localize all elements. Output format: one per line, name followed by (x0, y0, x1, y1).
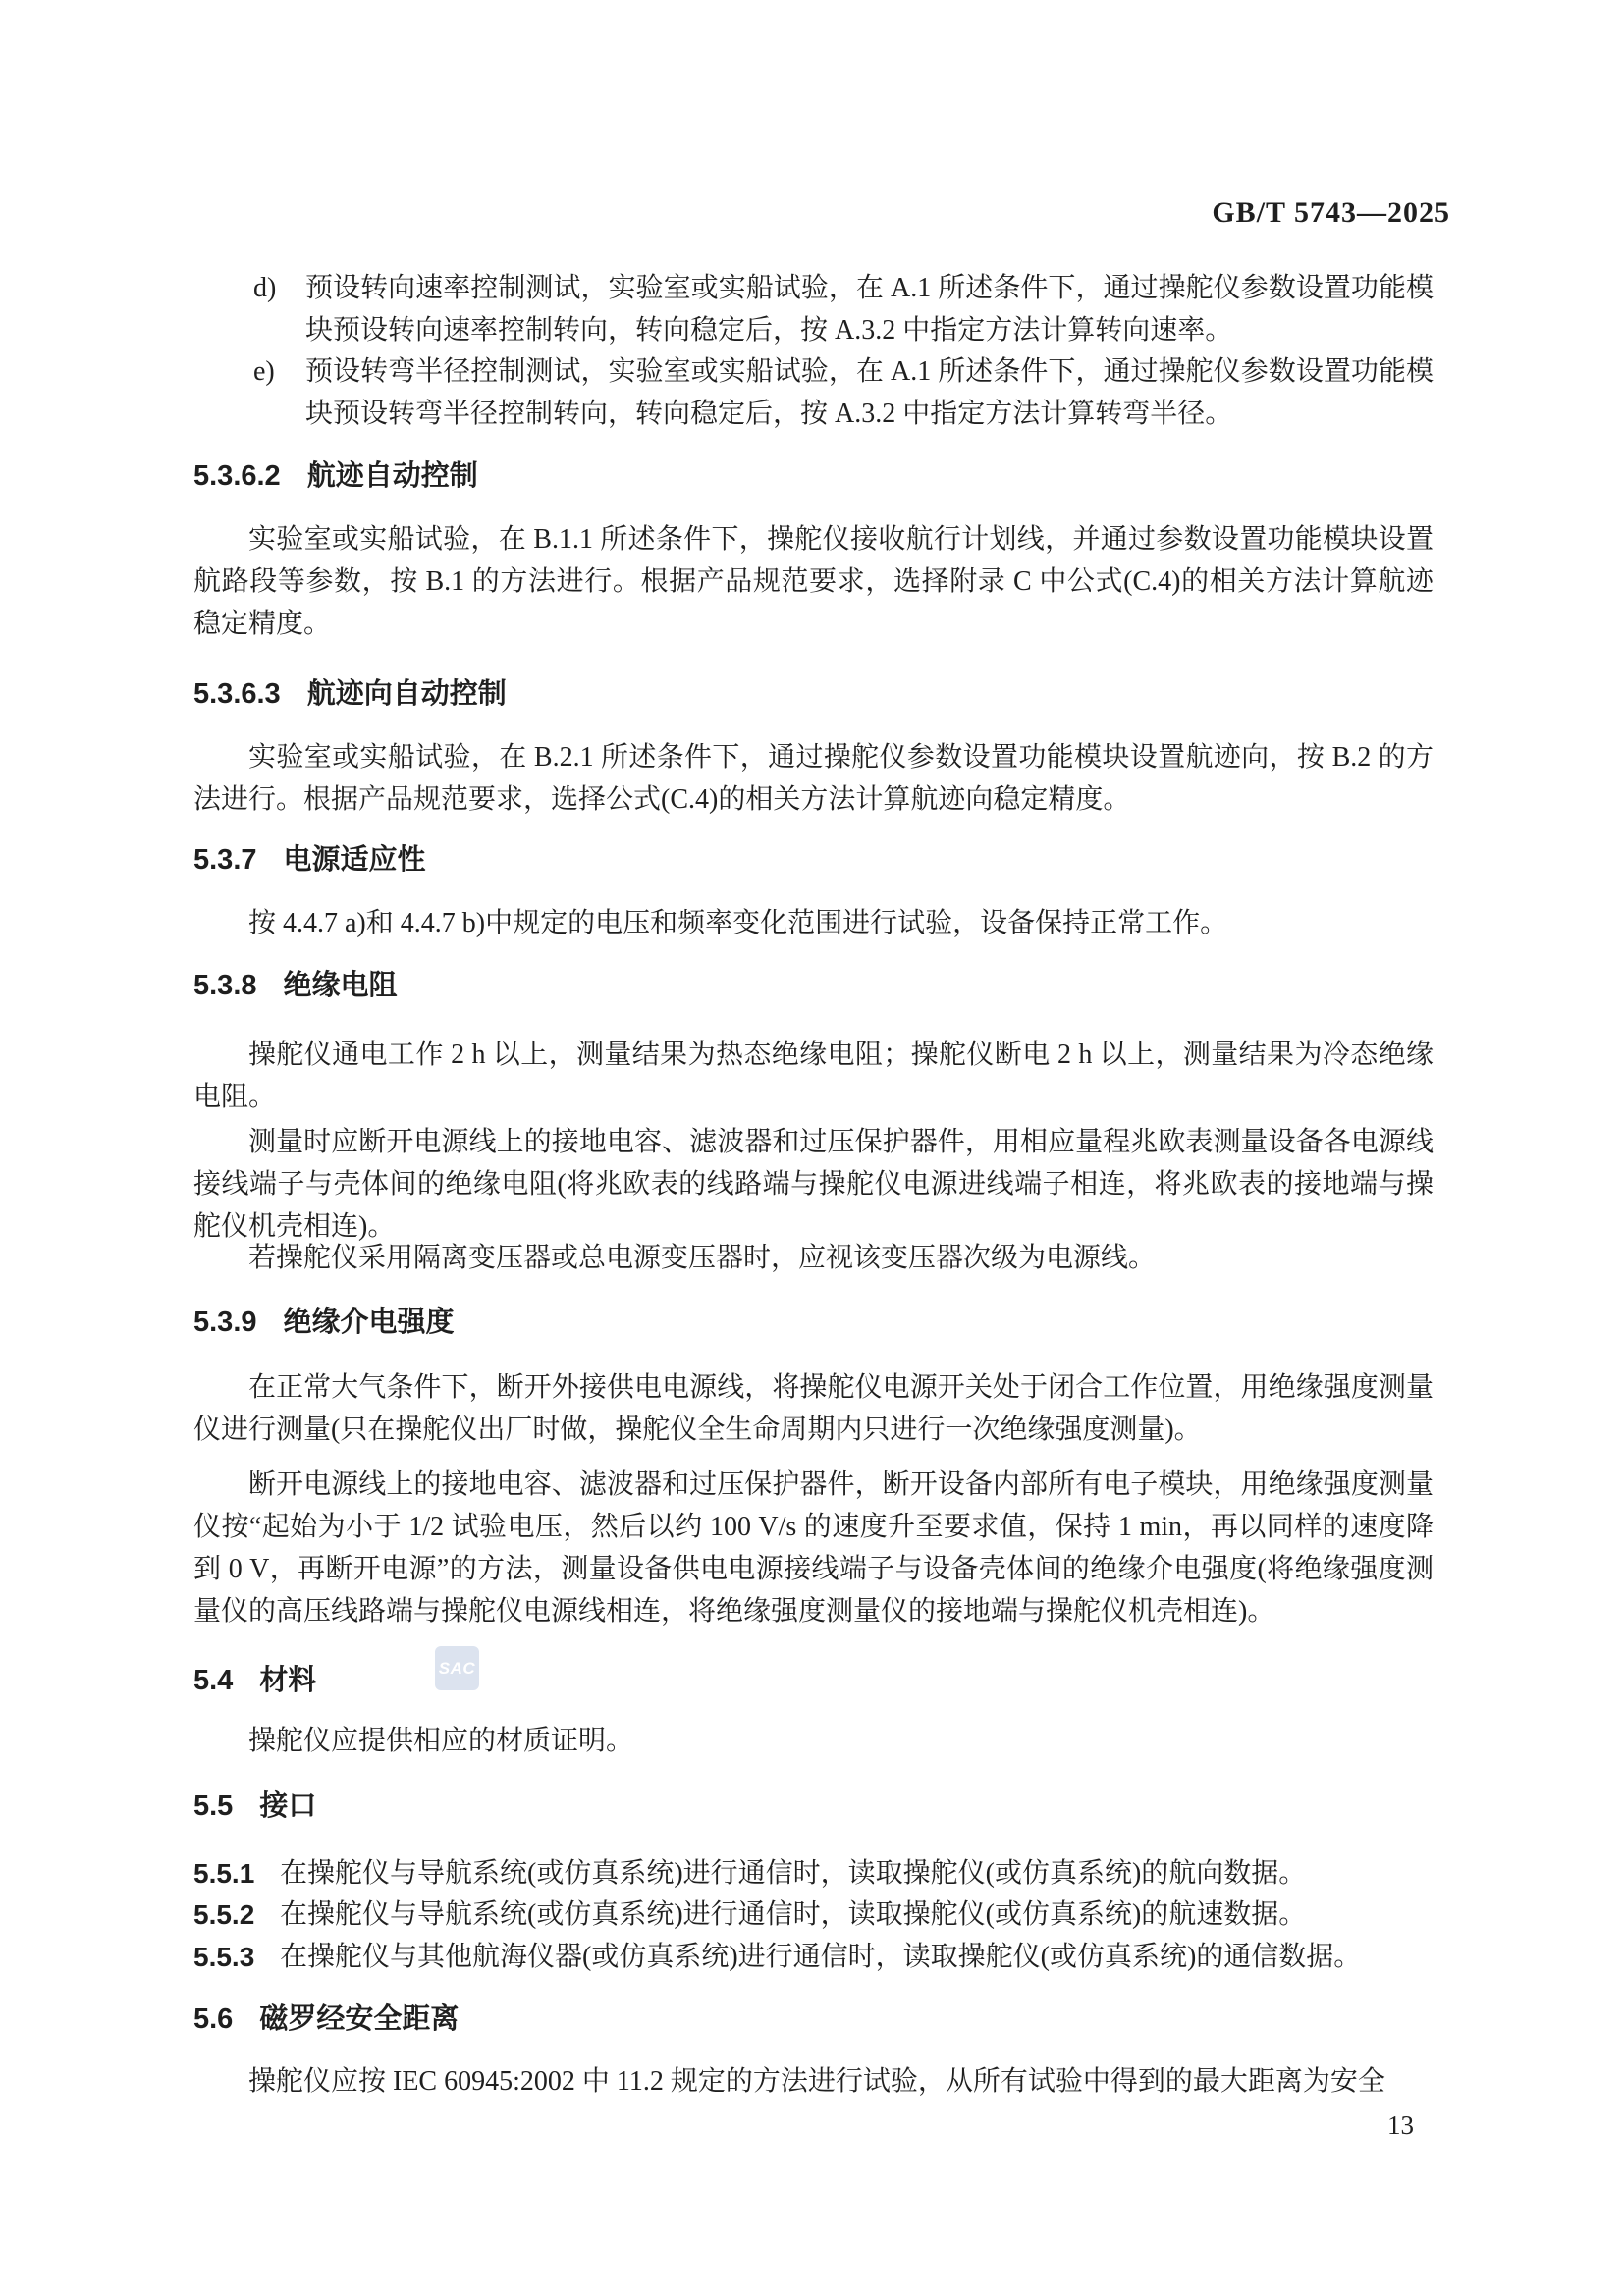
section-title: 材料 (259, 1660, 316, 1702)
clause-5-5-2: 5.5.2 在操舵仪与导航系统(或仿真系统)进行通信时，读取操舵仪(或仿真系统)… (193, 1894, 1434, 1936)
paragraph: 断开电源线上的接地电容、滤波器和过压保护器件，断开设备内部所有电子模块，用绝缘强… (193, 1464, 1434, 1632)
section-number: 5.3.6.2 (193, 455, 281, 498)
clause-number: 5.5.3 (193, 1936, 280, 1978)
paragraph: 在正常大气条件下，断开外接供电电源线，将操舵仪电源开关处于闭合工作位置，用绝缘强… (193, 1366, 1434, 1451)
list-item-d: d) 预设转向速率控制测试，实验室或实船试验，在 A.1 所述条件下，通过操舵仪… (193, 267, 1434, 351)
paragraph: 操舵仪通电工作 2 h 以上，测量结果为热态绝缘电阻；操舵仪断电 2 h 以上，… (193, 1034, 1434, 1118)
paragraph: 操舵仪应按 IEC 60945:2002 中 11.2 规定的方法进行试验，从所… (193, 2060, 1434, 2103)
list-item-e: e) 预设转弯半径控制测试，实验室或实船试验，在 A.1 所述条件下，通过操舵仪… (193, 350, 1434, 435)
clause-number: 5.5.2 (193, 1894, 280, 1936)
section-number: 5.3.9 (193, 1302, 257, 1344)
section-number: 5.6 (193, 1999, 233, 2041)
list-text: 预设转弯半径控制测试，实验室或实船试验，在 A.1 所述条件下，通过操舵仪参数设… (305, 350, 1434, 435)
document-page: GB/T 5743—2025 d) 预设转向速率控制测试，实验室或实船试验，在 … (0, 0, 1624, 2296)
paragraph: 操舵仪应提供相应的材质证明。 (193, 1720, 1434, 1762)
section-title: 磁罗经安全距离 (259, 1999, 459, 2041)
section-title: 航迹向自动控制 (307, 673, 507, 716)
list-marker: e) (253, 350, 305, 435)
section-title: 接口 (259, 1786, 316, 1828)
list-text: 预设转向速率控制测试，实验室或实船试验，在 A.1 所述条件下，通过操舵仪参数设… (305, 267, 1434, 351)
paragraph: 实验室或实船试验，在 B.1.1 所述条件下，操舵仪接收航行计划线，并通过参数设… (193, 518, 1434, 645)
section-title: 绝缘电阻 (284, 965, 398, 1007)
section-title: 绝缘介电强度 (284, 1302, 455, 1344)
section-heading-5-5: 5.5 接口 (193, 1786, 1434, 1828)
clause-number: 5.5.1 (193, 1852, 280, 1895)
clause-text: 在操舵仪与其他航海仪器(或仿真系统)进行通信时，读取操舵仪(或仿真系统)的通信数… (280, 1936, 1361, 1978)
section-heading-5-3-6-2: 5.3.6.2 航迹自动控制 (193, 455, 1434, 498)
section-number: 5.5 (193, 1786, 233, 1828)
section-number: 5.3.7 (193, 839, 257, 881)
paragraph: 实验室或实船试验，在 B.2.1 所述条件下，通过操舵仪参数设置功能模块设置航迹… (193, 736, 1434, 821)
clause-text: 在操舵仪与导航系统(或仿真系统)进行通信时，读取操舵仪(或仿真系统)的航向数据。 (280, 1852, 1306, 1895)
section-title: 电源适应性 (284, 839, 426, 881)
section-number: 5.3.6.3 (193, 673, 281, 716)
section-number: 5.4 (193, 1660, 233, 1702)
section-heading-5-3-7: 5.3.7 电源适应性 (193, 839, 1434, 881)
section-heading-5-6: 5.6 磁罗经安全距离 (193, 1999, 1434, 2041)
paragraph: 测量时应断开电源线上的接地电容、滤波器和过压保护器件，用相应量程兆欧表测量设备各… (193, 1121, 1434, 1248)
page-number: 13 (1387, 2110, 1414, 2141)
clause-5-5-1: 5.5.1 在操舵仪与导航系统(或仿真系统)进行通信时，读取操舵仪(或仿真系统)… (193, 1852, 1434, 1895)
section-title: 航迹自动控制 (307, 455, 478, 498)
section-heading-5-3-6-3: 5.3.6.3 航迹向自动控制 (193, 673, 1434, 716)
section-heading-5-3-8: 5.3.8 绝缘电阻 (193, 965, 1434, 1007)
section-number: 5.3.8 (193, 965, 257, 1007)
list-marker: d) (253, 267, 305, 351)
section-heading-5-3-9: 5.3.9 绝缘介电强度 (193, 1302, 1434, 1344)
paragraph: 若操舵仪采用隔离变压器或总电源变压器时，应视该变压器次级为电源线。 (193, 1237, 1434, 1279)
paragraph: 按 4.4.7 a)和 4.4.7 b)中规定的电压和频率变化范围进行试验，设备… (193, 902, 1434, 944)
section-heading-5-4: 5.4 材料 (193, 1660, 1434, 1702)
standard-code-header: GB/T 5743—2025 (1212, 196, 1450, 230)
clause-text: 在操舵仪与导航系统(或仿真系统)进行通信时，读取操舵仪(或仿真系统)的航速数据。 (280, 1894, 1306, 1936)
clause-5-5-3: 5.5.3 在操舵仪与其他航海仪器(或仿真系统)进行通信时，读取操舵仪(或仿真系… (193, 1936, 1434, 1978)
